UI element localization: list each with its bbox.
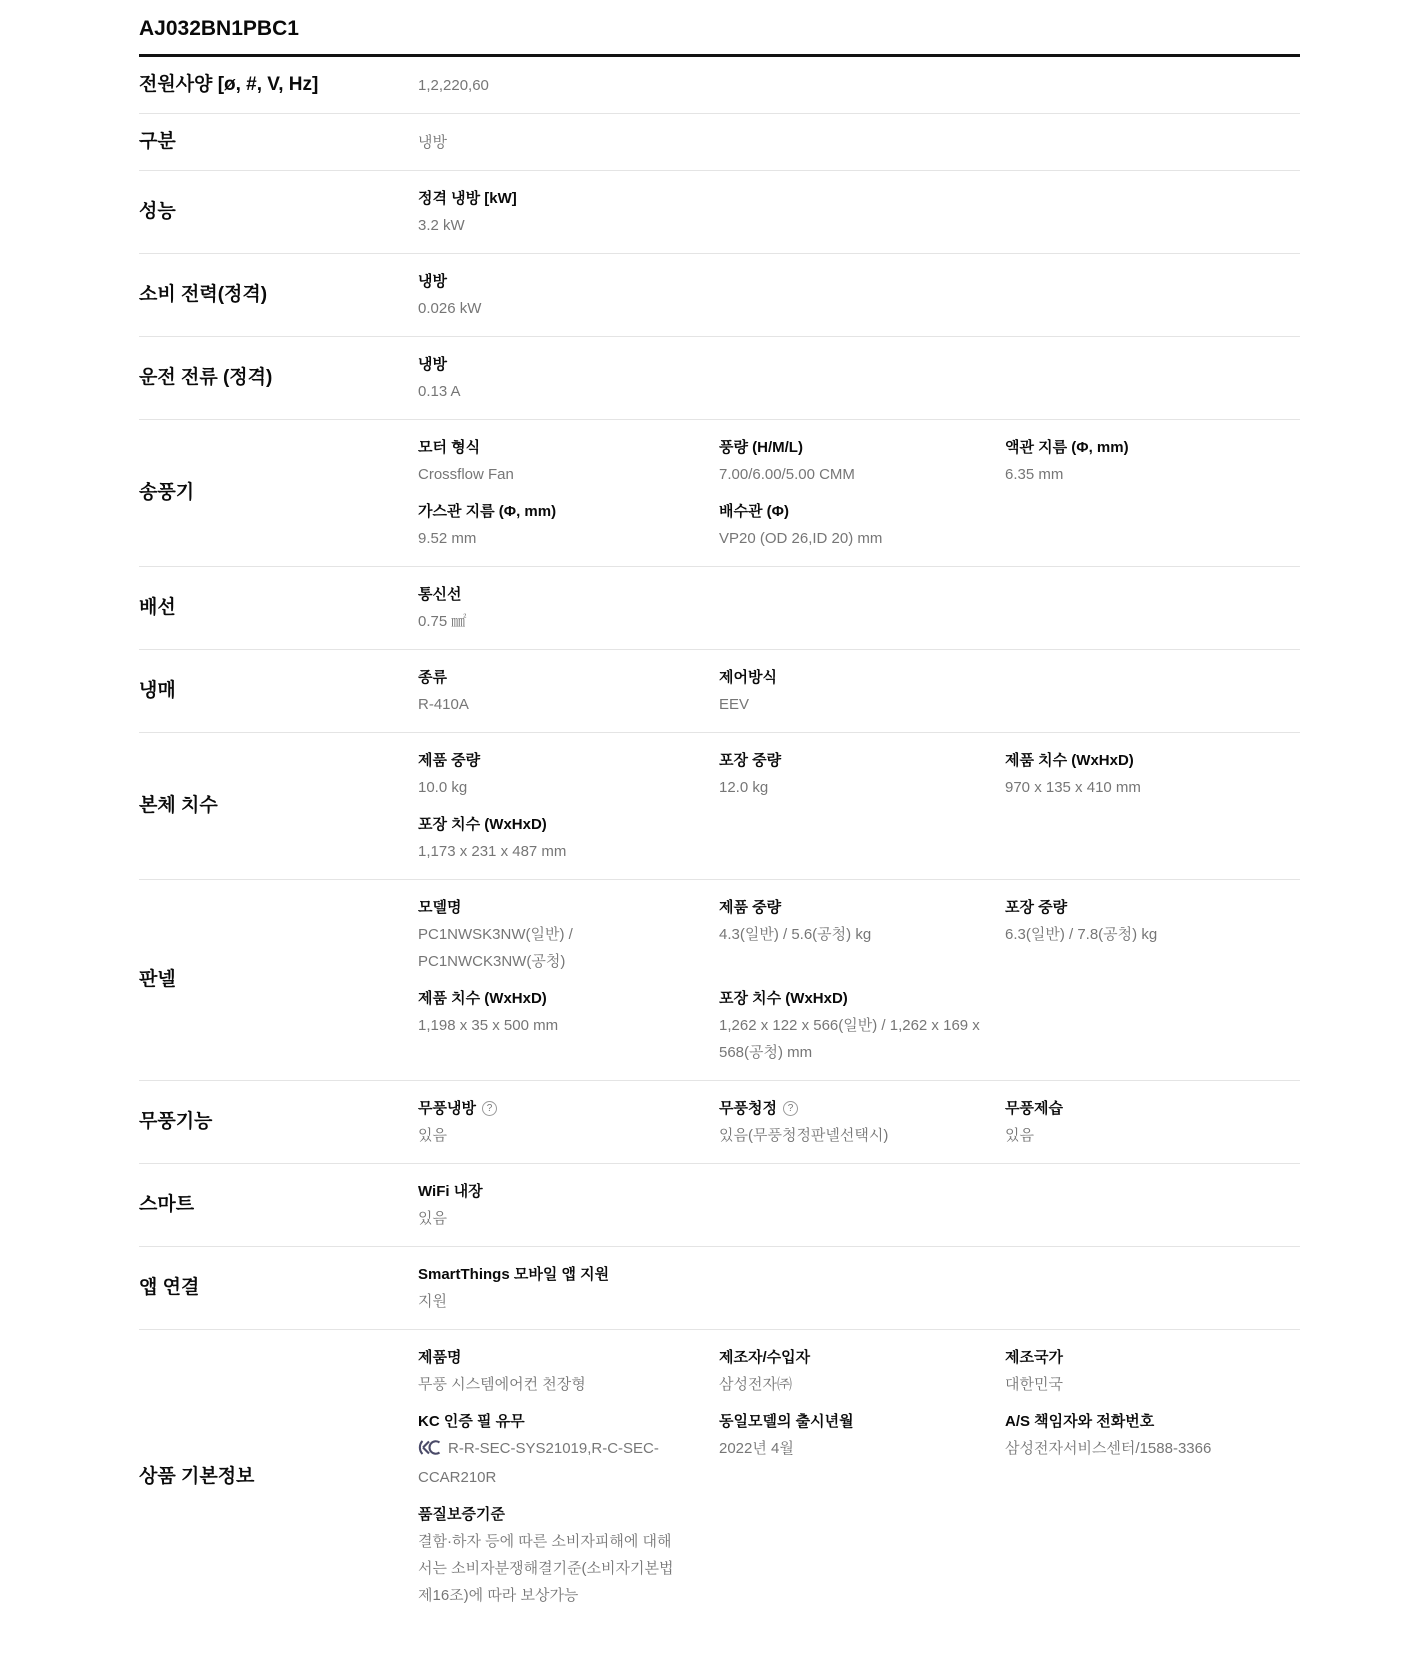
- spec-table: 전원사양 [ø, #, V, Hz] 1,2,220,60 구분 냉방 성능 정…: [139, 54, 1300, 1623]
- spec-row-category: 구분 냉방: [139, 114, 1300, 171]
- spec-item-value: 있음: [1005, 1122, 1267, 1149]
- spec-row-operating-current: 운전 전류 (정격) 냉방 0.13 A: [139, 337, 1300, 420]
- spec-row-power-consumption: 소비 전력(정격) 냉방 0.026 kW: [139, 254, 1300, 337]
- spec-item: 모델명 PC1NWSK3NW(일반) / PC1NWCK3NW(공청): [418, 894, 719, 975]
- spec-item-value: 1,2,220,60: [418, 72, 680, 99]
- spec-item-name: 제품 중량: [418, 747, 695, 774]
- spec-item-value: 1,198 x 35 x 500 mm: [418, 1012, 680, 1039]
- row-label: 운전 전류 (정격): [139, 364, 418, 392]
- help-icon[interactable]: ?: [482, 1101, 497, 1116]
- spec-item-value: 냉방: [418, 129, 680, 156]
- spec-item-value: 1,262 x 122 x 566(일반) / 1,262 x 169 x 56…: [719, 1012, 981, 1066]
- spec-item: 통신선 0.75 ㎟: [418, 581, 719, 635]
- spec-item: 1,2,220,60: [418, 72, 719, 99]
- spec-item-value: 지원: [418, 1288, 680, 1315]
- row-label: 무풍기능: [139, 1108, 418, 1136]
- spec-item: 종류 R-410A: [418, 664, 719, 718]
- spec-item-name: 정격 냉방 [kW]: [418, 185, 695, 212]
- spec-item: 품질보증기준 결함·하자 등에 따른 소비자피해에 대해서는 소비자분쟁해결기준…: [418, 1501, 719, 1609]
- spec-item-value: 6.3(일반) / 7.8(공청) kg: [1005, 921, 1267, 948]
- spec-item-name: 품질보증기준: [418, 1501, 695, 1528]
- spec-item-name: 무풍청정?: [719, 1095, 981, 1122]
- spec-row-wiring: 배선 통신선 0.75 ㎟: [139, 567, 1300, 650]
- spec-item-value: 있음: [418, 1122, 680, 1149]
- spec-item-value: PC1NWSK3NW(일반) / PC1NWCK3NW(공청): [418, 921, 680, 975]
- spec-item-value: 0.75 ㎟: [418, 608, 680, 635]
- spec-row-power: 전원사양 [ø, #, V, Hz] 1,2,220,60: [139, 57, 1300, 114]
- spec-item-name: 제품 치수 (WxHxD): [418, 985, 695, 1012]
- spec-item-value: 대한민국: [1005, 1371, 1267, 1398]
- page-title: AJ032BN1PBC1: [139, 12, 1300, 54]
- spec-item-value: 4.3(일반) / 5.6(공청) kg: [719, 921, 981, 948]
- spec-item-name: 무풍제습: [1005, 1095, 1276, 1122]
- spec-item-value: 1,173 x 231 x 487 mm: [418, 838, 680, 865]
- row-label: 스마트: [139, 1191, 418, 1219]
- spec-item: 제조국가 대한민국: [1005, 1344, 1300, 1398]
- spec-item-value: R-410A: [418, 691, 680, 718]
- row-label: 송풍기: [139, 479, 418, 507]
- spec-row-smart: 스마트 WiFi 내장 있음: [139, 1164, 1300, 1247]
- spec-item-name: 모델명: [418, 894, 695, 921]
- help-icon[interactable]: ?: [783, 1101, 798, 1116]
- spec-item: 제어방식 EEV: [719, 664, 1005, 718]
- spec-item-value: EEV: [719, 691, 981, 718]
- spec-item: 포장 치수 (WxHxD) 1,173 x 231 x 487 mm: [418, 811, 719, 865]
- spec-item-name: 제조국가: [1005, 1344, 1276, 1371]
- row-label: 판넬: [139, 966, 418, 994]
- spec-item-value: 2022년 4월: [719, 1435, 981, 1462]
- row-label: 구분: [139, 128, 418, 156]
- row-label: 성능: [139, 198, 418, 226]
- spec-item-name: 포장 중량: [719, 747, 981, 774]
- spec-item: 배수관 (Φ) VP20 (OD 26,ID 20) mm: [719, 498, 1005, 552]
- spec-item: 제품명 무풍 시스템에어컨 천장형: [418, 1344, 719, 1398]
- spec-item: 냉방 0.13 A: [418, 351, 719, 405]
- spec-item-value: 삼성전자㈜: [719, 1371, 981, 1398]
- spec-item-name: 제어방식: [719, 664, 981, 691]
- spec-row-body-dimensions: 본체 치수 제품 중량 10.0 kg 포장 중량 12.0 kg 제품 치수 …: [139, 733, 1300, 880]
- spec-item: 동일모델의 출시년월 2022년 4월: [719, 1408, 1005, 1462]
- spec-item-value: 7.00/6.00/5.00 CMM: [719, 461, 981, 488]
- spec-item-value: VP20 (OD 26,ID 20) mm: [719, 525, 981, 552]
- spec-item-value: 있음(무풍청정판넬선택시): [719, 1122, 981, 1149]
- spec-item-value: 0.13 A: [418, 378, 680, 405]
- spec-item: 가스관 지름 (Φ, mm) 9.52 mm: [418, 498, 719, 552]
- row-label: 소비 전력(정격): [139, 281, 418, 309]
- spec-item: WiFi 내장 있음: [418, 1178, 719, 1232]
- spec-item: 냉방 0.026 kW: [418, 268, 719, 322]
- spec-item: 풍량 (H/M/L) 7.00/6.00/5.00 CMM: [719, 434, 1005, 488]
- spec-item-value: 무풍 시스템에어컨 천장형: [418, 1371, 680, 1398]
- spec-item-value: 3.2 kW: [418, 212, 680, 239]
- spec-item-name: 동일모델의 출시년월: [719, 1408, 981, 1435]
- spec-item-value: 12.0 kg: [719, 774, 981, 801]
- spec-item-name: 포장 치수 (WxHxD): [418, 811, 695, 838]
- spec-row-refrigerant: 냉매 종류 R-410A 제어방식 EEV: [139, 650, 1300, 733]
- spec-item: 무풍냉방? 있음: [418, 1095, 719, 1149]
- spec-item-value: R-R-SEC-SYS21019,R-C-SEC-CCAR210R: [418, 1435, 680, 1491]
- spec-item-name: 풍량 (H/M/L): [719, 434, 981, 461]
- spec-item-value: 9.52 mm: [418, 525, 680, 552]
- spec-item-name: 냉방: [418, 351, 695, 378]
- spec-item-value: 10.0 kg: [418, 774, 680, 801]
- spec-item-name: KC 인증 필 유무: [418, 1408, 695, 1435]
- spec-item: 포장 중량 6.3(일반) / 7.8(공청) kg: [1005, 894, 1300, 948]
- spec-item-name: 제품 중량: [719, 894, 981, 921]
- spec-item-name: 제조자/수입자: [719, 1344, 981, 1371]
- row-label: 상품 기본정보: [139, 1463, 418, 1491]
- spec-item-name: 포장 치수 (WxHxD): [719, 985, 981, 1012]
- row-label: 본체 치수: [139, 792, 418, 820]
- spec-item: 냉방: [418, 129, 719, 156]
- spec-item: 모터 형식 Crossflow Fan: [418, 434, 719, 488]
- spec-item-name: 모터 형식: [418, 434, 695, 461]
- spec-item: 액관 지름 (Φ, mm) 6.35 mm: [1005, 434, 1300, 488]
- spec-item-name: 냉방: [418, 268, 695, 295]
- row-label: 전원사양 [ø, #, V, Hz]: [139, 71, 418, 99]
- spec-item: 제품 치수 (WxHxD) 1,198 x 35 x 500 mm: [418, 985, 719, 1039]
- spec-item: 무풍제습 있음: [1005, 1095, 1300, 1149]
- spec-item-name: WiFi 내장: [418, 1178, 695, 1205]
- spec-item-name: 배수관 (Φ): [719, 498, 981, 525]
- spec-item-name: 무풍냉방?: [418, 1095, 695, 1122]
- spec-item: 포장 치수 (WxHxD) 1,262 x 122 x 566(일반) / 1,…: [719, 985, 1005, 1066]
- spec-item: 무풍청정? 있음(무풍청정판넬선택시): [719, 1095, 1005, 1149]
- spec-item-name: A/S 책임자와 전화번호: [1005, 1408, 1276, 1435]
- spec-item-name: 통신선: [418, 581, 695, 608]
- spec-item-name: 포장 중량: [1005, 894, 1276, 921]
- spec-item: 제품 중량 10.0 kg: [418, 747, 719, 801]
- row-label: 배선: [139, 594, 418, 622]
- spec-item-value: 970 x 135 x 410 mm: [1005, 774, 1267, 801]
- spec-item: A/S 책임자와 전화번호 삼성전자서비스센터/1588-3366: [1005, 1408, 1300, 1462]
- spec-item-name: 제품 치수 (WxHxD): [1005, 747, 1276, 774]
- row-label: 냉매: [139, 677, 418, 705]
- spec-item-kc: KC 인증 필 유무 R-R-SEC-SYS21019,R-C-SEC-CCAR…: [418, 1408, 719, 1491]
- spec-item-value: 삼성전자서비스센터/1588-3366: [1005, 1435, 1267, 1462]
- row-label: 앱 연결: [139, 1274, 418, 1302]
- spec-item-value: 0.026 kW: [418, 295, 680, 322]
- spec-item-name: 가스관 지름 (Φ, mm): [418, 498, 695, 525]
- spec-item: 제조자/수입자 삼성전자㈜: [719, 1344, 1005, 1398]
- spec-item-name: SmartThings 모바일 앱 지원: [418, 1261, 695, 1288]
- spec-item-name: 제품명: [418, 1344, 695, 1371]
- spec-item-value: 6.35 mm: [1005, 461, 1267, 488]
- spec-item: 제품 치수 (WxHxD) 970 x 135 x 410 mm: [1005, 747, 1300, 801]
- spec-item: 제품 중량 4.3(일반) / 5.6(공청) kg: [719, 894, 1005, 948]
- spec-row-fan: 송풍기 모터 형식 Crossflow Fan 풍량 (H/M/L) 7.00/…: [139, 420, 1300, 567]
- spec-row-basic-info: 상품 기본정보 제품명 무풍 시스템에어컨 천장형 제조자/수입자 삼성전자㈜ …: [139, 1330, 1300, 1623]
- spec-item-value: 있음: [418, 1205, 680, 1232]
- spec-row-windfree: 무풍기능 무풍냉방? 있음 무풍청정? 있음(무풍청정판넬선택시) 무풍제습 있…: [139, 1081, 1300, 1164]
- spec-item: 포장 중량 12.0 kg: [719, 747, 1005, 801]
- spec-row-performance: 성능 정격 냉방 [kW] 3.2 kW: [139, 171, 1300, 254]
- spec-row-app-connect: 앱 연결 SmartThings 모바일 앱 지원 지원: [139, 1247, 1300, 1330]
- spec-item: SmartThings 모바일 앱 지원 지원: [418, 1261, 719, 1315]
- spec-item-name: 종류: [418, 664, 695, 691]
- spec-item-name: 액관 지름 (Φ, mm): [1005, 434, 1276, 461]
- spec-item-value: 결함·하자 등에 따른 소비자피해에 대해서는 소비자분쟁해결기준(소비자기본법…: [418, 1528, 680, 1609]
- spec-row-panel: 판넬 모델명 PC1NWSK3NW(일반) / PC1NWCK3NW(공청) 제…: [139, 880, 1300, 1081]
- spec-item: 정격 냉방 [kW] 3.2 kW: [418, 185, 719, 239]
- kc-certification-icon: [418, 1437, 441, 1464]
- spec-item-value: Crossflow Fan: [418, 461, 680, 488]
